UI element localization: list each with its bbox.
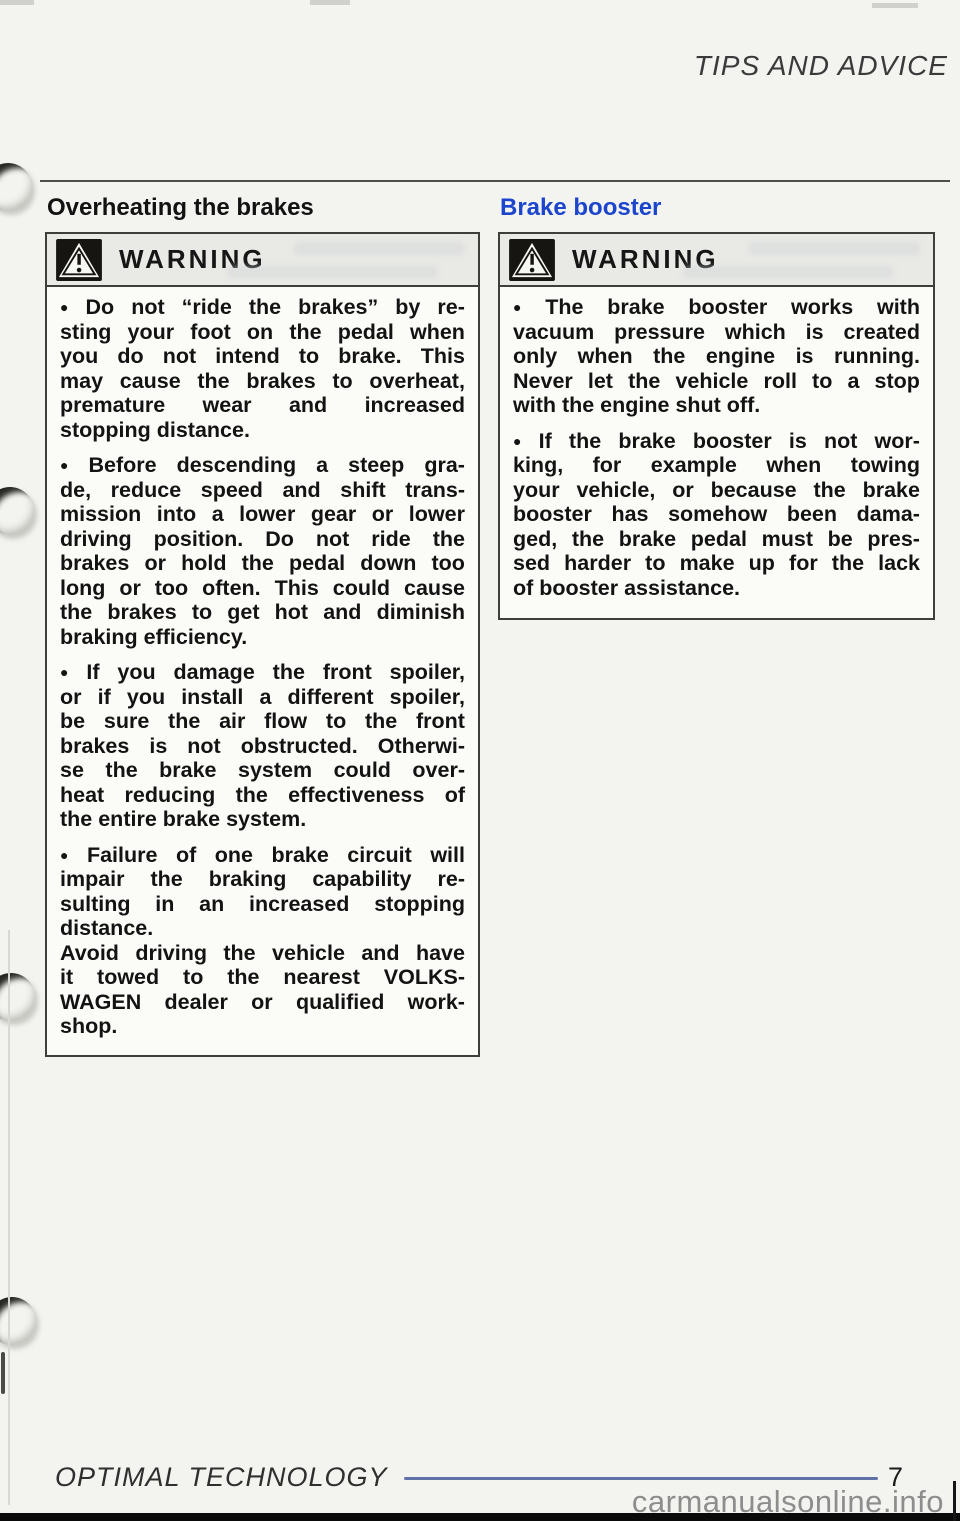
- text-line: yourvehicle,orbecausethebrake: [513, 478, 920, 503]
- text-line: ittowedtothenearestVOLKS-: [60, 965, 465, 990]
- text-line: sedhardertomakeupforthelack: [513, 551, 920, 576]
- text-line: Avoiddrivingthevehicleandhave: [60, 941, 465, 966]
- text-line: ●Ifthebrakeboosterisnotwor-: [513, 429, 920, 454]
- section-heading-overheating-brakes: Overheating the brakes: [47, 194, 314, 222]
- scan-artifact: [0, 0, 34, 5]
- page-edge-line: [8, 930, 10, 1505]
- text-line: brakesisnotobstructed.Otherwi-: [60, 734, 465, 759]
- text-line: braking efficiency.: [60, 625, 465, 650]
- text-line: with the engine shut off.: [513, 393, 920, 418]
- warning-paragraph: ●Thebrakeboosterworkswithvacuumpressurew…: [513, 295, 920, 418]
- binder-ring-artifact: [0, 163, 32, 211]
- text-line: Neverletthevehiclerolltoastop: [513, 369, 920, 394]
- text-line: onlywhentheengineisrunning.: [513, 344, 920, 369]
- scan-edge-mark: [1, 1352, 5, 1394]
- text-line: thebrakestogethotanddiminish: [60, 600, 465, 625]
- bleedthrough-artifact: [294, 242, 464, 255]
- text-line: stopping distance.: [60, 418, 465, 443]
- text-line: the entire brake system.: [60, 807, 465, 832]
- text-line: youdonotintendtobrake.This: [60, 344, 465, 369]
- text-line: vacuumpressurewhichiscreated: [513, 320, 920, 345]
- text-line: besuretheairflowtothefront: [60, 709, 465, 734]
- text-line: WAGENdealerorqualifiedwork-: [60, 990, 465, 1015]
- scan-artifact: [310, 0, 350, 5]
- warning-triangle-icon: [509, 239, 555, 281]
- binder-ring-artifact: [0, 487, 34, 535]
- footer-rule: [404, 1477, 878, 1480]
- warning-triangle-icon: [56, 239, 102, 281]
- text-line: of booster assistance.: [513, 576, 920, 601]
- warning-box-brake-booster: WARNING ●Thebrakeboosterworkswithvacuump…: [498, 232, 935, 620]
- text-line: orifyouinstalladifferentspoiler,: [60, 685, 465, 710]
- scan-edge-mark: [953, 1481, 956, 1521]
- watermark-link[interactable]: carmanualsonline.info: [632, 1484, 944, 1520]
- bleedthrough-artifact: [683, 266, 893, 278]
- warning-paragraph: ●Beforedescendingasteepgra-de,reducespee…: [60, 453, 465, 649]
- warning-box-header: WARNING: [47, 234, 478, 287]
- warning-paragraph: Avoiddrivingthevehicleandhaveittowedtoth…: [60, 941, 465, 1039]
- scan-artifact: [872, 3, 918, 8]
- text-line: drivingposition.Donotridethe: [60, 527, 465, 552]
- text-line: sethebrakesystemcouldover-: [60, 758, 465, 783]
- text-line: sultinginanincreasedstopping: [60, 892, 465, 917]
- text-line: ●Failureofonebrakecircuitwill: [60, 843, 465, 868]
- warning-paragraph: ●Ifthebrakeboosterisnotwor-king,forexamp…: [513, 429, 920, 601]
- warning-body: ●Thebrakeboosterworkswithvacuumpressurew…: [500, 287, 933, 612]
- warning-paragraph: ●Donot“ridethebrakes”byre-stingyourfooto…: [60, 295, 465, 442]
- binder-ring-artifact: [0, 973, 35, 1021]
- text-line: boosterhassomehowbeendama-: [513, 502, 920, 527]
- text-line: brakesorholdthepedaldowntoo: [60, 551, 465, 576]
- warning-paragraph: ●Failureofonebrakecircuitwillimpairthebr…: [60, 843, 465, 941]
- text-line: ●Beforedescendingasteepgra-: [60, 453, 465, 478]
- text-line: ●Donot“ridethebrakes”byre-: [60, 295, 465, 320]
- text-line: prematurewearandincreased: [60, 393, 465, 418]
- text-line: impairthebrakingcapabilityre-: [60, 867, 465, 892]
- text-line: king,forexamplewhentowing: [513, 453, 920, 478]
- text-line: de,reducespeedandshifttrans-: [60, 478, 465, 503]
- text-line: ●Ifyoudamagethefrontspoiler,: [60, 660, 465, 685]
- text-line: stingyourfootonthepedalwhen: [60, 320, 465, 345]
- page-header-title: TIPS AND ADVICE: [694, 50, 948, 82]
- warning-paragraph: ●Ifyoudamagethefrontspoiler,orifyouinsta…: [60, 660, 465, 832]
- text-line: ●Thebrakeboosterworkswith: [513, 295, 920, 320]
- text-line: ged,thebrakepedalmustbepres-: [513, 527, 920, 552]
- warning-box-overheating-brakes: WARNING ●Donot“ridethebrakes”byre-stingy…: [45, 232, 480, 1057]
- text-line: shop.: [60, 1014, 465, 1039]
- header-divider: [40, 180, 950, 182]
- bleedthrough-artifact: [228, 266, 438, 278]
- text-line: heatreducingtheeffectivenessof: [60, 783, 465, 808]
- section-heading-brake-booster[interactable]: Brake booster: [500, 194, 661, 222]
- warning-body: ●Donot“ridethebrakes”byre-stingyourfooto…: [47, 287, 478, 1051]
- bleedthrough-artifact: [749, 242, 919, 255]
- text-line: longortoooften.Thiscouldcause: [60, 576, 465, 601]
- text-line: distance.: [60, 916, 465, 941]
- text-line: maycausethebrakestooverheat,: [60, 369, 465, 394]
- footer-brand: OPTIMAL TECHNOLOGY: [55, 1462, 388, 1493]
- warning-box-header: WARNING: [500, 234, 933, 287]
- binder-ring-artifact: [0, 1297, 36, 1345]
- text-line: missionintoalowergearorlower: [60, 502, 465, 527]
